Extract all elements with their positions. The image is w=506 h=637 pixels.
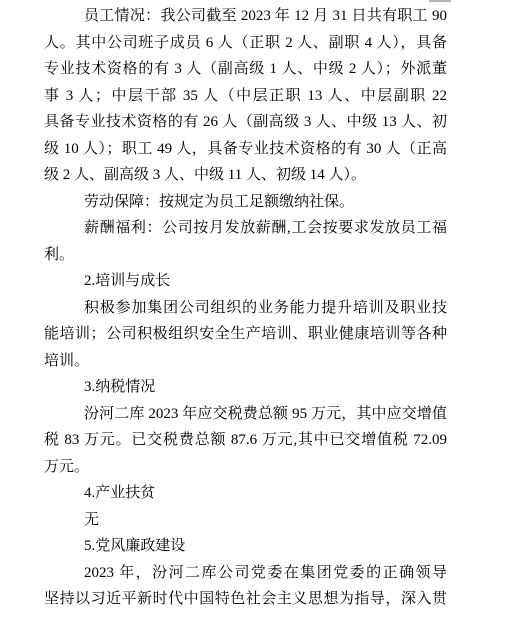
text-line: 汾河二库 2023 年应交税费总额 95 万元，其中应交增值 [44, 401, 447, 428]
text-line: 具备专业技术资格的有 26 人（副高级 3 人、中级 13 人、初 [44, 109, 447, 136]
text-line: 级 2 人、副高级 3 人、中级 11 人、初级 14 人）。 [44, 162, 447, 189]
text-line: 级 10 人）；职工 49 人，具备专业技术资格的有 30 人（正高 [44, 136, 447, 163]
text-line: 5.党风廉政建设 [44, 533, 447, 560]
text-line: 能培训；公司积极组织安全生产培训、职业健康培训等各种 [44, 321, 447, 348]
top-edge-artifact [429, 0, 451, 2]
document-page: 员工情况：我公司截至 2023 年 12 月 31 日共有职工 90人。其中公司… [0, 0, 506, 637]
text-line: 3.纳税情况 [44, 374, 447, 401]
text-line: 坚持以习近平新时代中国特色社会主义思想为指导，深入贯 [44, 586, 447, 613]
text-line: 4.产业扶贫 [44, 480, 447, 507]
text-line: 劳动保障：按规定为员工足额缴纳社保。 [44, 189, 447, 216]
text-line: 税 83 万元。已交税费总额 87.6 万元,其中已交增值税 72.09 [44, 427, 447, 454]
text-line: 2023 年，汾河二库公司党委在集团党委的正确领导下， [44, 560, 447, 587]
text-line: 万元。 [44, 454, 447, 481]
text-line: 员工情况：我公司截至 2023 年 12 月 31 日共有职工 90 [44, 3, 447, 30]
text-line: 无 [44, 507, 447, 534]
text-line: 专业技术资格的有 3 人（副高级 1 人、中级 2 人）；外派董 [44, 56, 447, 83]
text-line: 利。 [44, 242, 447, 269]
text-line: 积极参加集团公司组织的业务能力提升培训及职业技 [44, 295, 447, 322]
text-line: 事 3 人；中层干部 35 人（中层正职 13 人、中层副职 22 人）， [44, 83, 447, 110]
text-line: 薪酬福利：公司按月发放薪酬,工会按要求发放员工福 [44, 215, 447, 242]
document-text: 员工情况：我公司截至 2023 年 12 月 31 日共有职工 90人。其中公司… [44, 3, 447, 613]
text-line: 人。其中公司班子成员 6 人（正职 2 人、副职 4 人），具备 [44, 30, 447, 57]
text-line: 培训。 [44, 348, 447, 375]
text-line: 2.培训与成长 [44, 268, 447, 295]
